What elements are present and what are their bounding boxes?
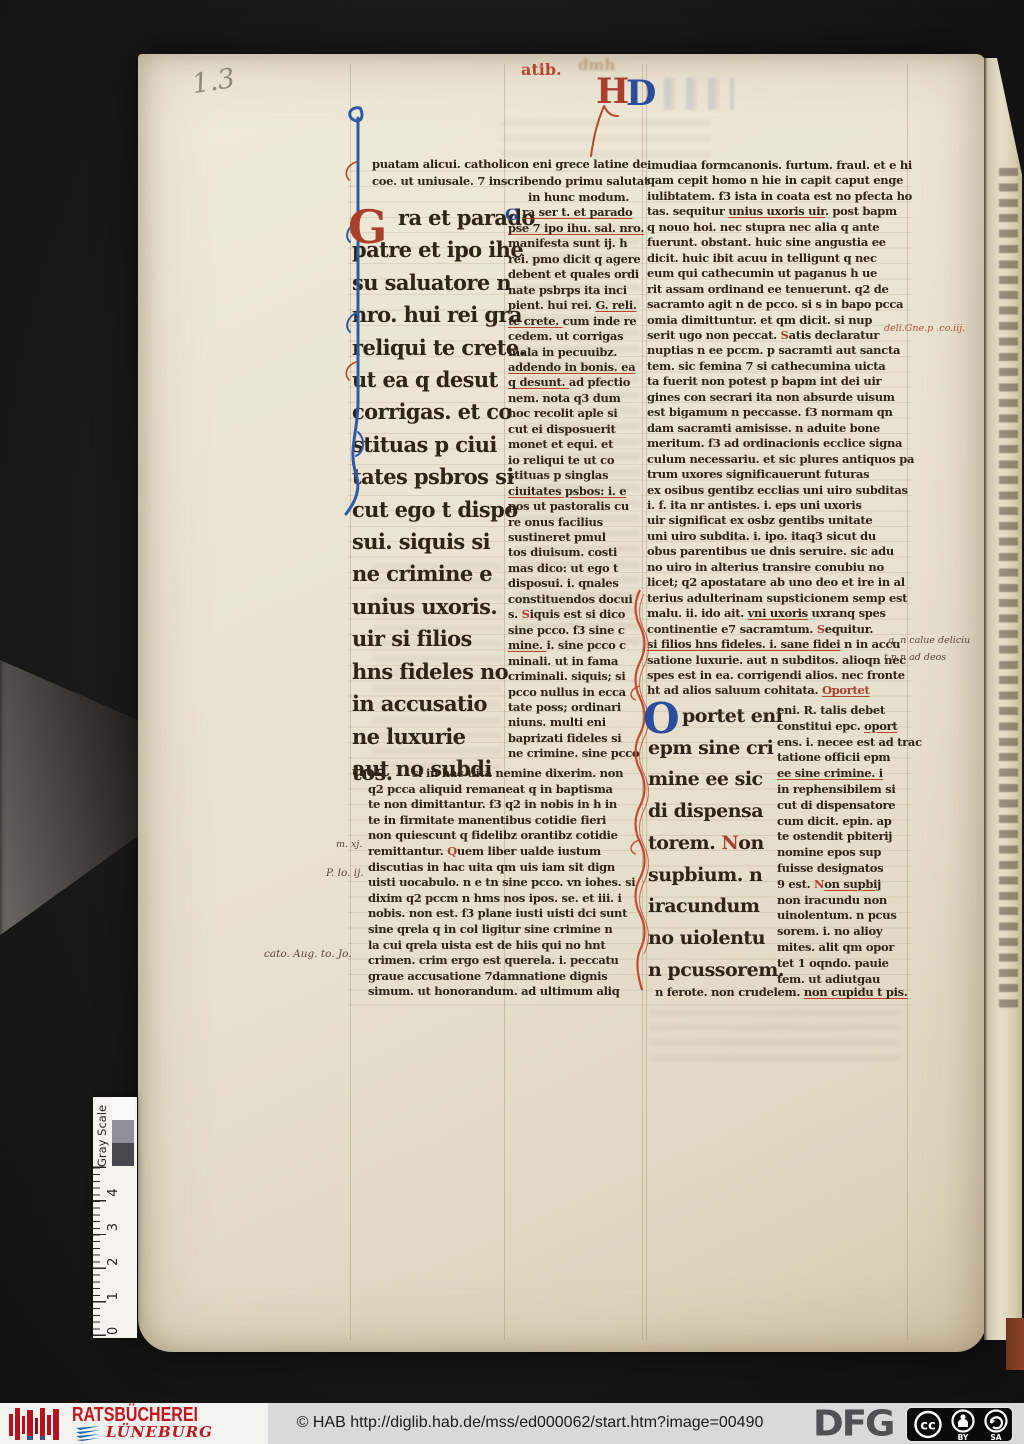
grayscale-ruler: 01234 Gray Scale	[93, 1097, 137, 1338]
margin-note-right-2a: q. n calue deliciu	[888, 635, 970, 646]
text-line: torem. Non	[648, 828, 784, 860]
text-line: no uiro in alterius transire conubiu no	[647, 560, 914, 575]
text-line: te crete. cum inde re	[508, 314, 644, 329]
commentary-right-column: imudiaa formcanonis. furtum. fraul. et e…	[647, 158, 914, 699]
text-line: te non dimittantur. f3 q2 in nobis in h …	[368, 797, 635, 813]
text-line: mas dico: ut ego t	[508, 561, 644, 576]
text-line: 2	[106, 1232, 121, 1267]
text-line: dam sacramti amisisse. n aduite bone	[647, 421, 914, 436]
text-line: cut ei disposuerit	[508, 422, 644, 437]
gray-patch-dark	[112, 1143, 134, 1166]
text-line: monet et equi. et	[508, 437, 644, 452]
running-title-letter-d: D	[626, 76, 656, 111]
gray-patch-light	[112, 1097, 134, 1120]
text-line: sine qrela q in col ligitur sine crimine…	[368, 922, 635, 938]
copyright-line: © HAB http://diglib.hab.de/mss/ed000062/…	[285, 1414, 775, 1432]
text-line: continentie e7 sacramtum. Sequitur.	[647, 622, 914, 637]
text-line: meritum. f3 ad ordinacionis ecclice sign…	[647, 436, 914, 451]
text-line: uni uiro subdita. i. ipo. itaq3 sicut du	[647, 529, 914, 544]
text-line: 1	[106, 1267, 121, 1302]
text-line: ta fuerit non potest p bapm int dei uir	[647, 374, 914, 389]
by-label: BY	[958, 1433, 969, 1442]
text-line: in rephensibilem si	[777, 782, 922, 798]
text-line: mine ee sic	[648, 764, 784, 796]
text-line: terius adulterinam supsticionem semp est	[647, 591, 914, 606]
text-line: n pcussorem.	[648, 955, 784, 987]
text-line: mala in pecuuibz.	[508, 345, 644, 360]
text-line: uisti uocabulo. n e tn sine pcco. vn ioh…	[368, 875, 635, 891]
text-line: tatione officii epm	[777, 750, 922, 766]
right-column-last-line: n ferote. non crudelem. non cupidu t pis…	[655, 985, 908, 1001]
text-line: non quiescunt q fidelibz orantibz cotidi…	[368, 828, 635, 844]
text-line: nobis. non est. f3 plane iusti uisti dci…	[368, 906, 635, 922]
photo-canvas: 1.3 atib. dmh H D G G O puatam alicui. c…	[0, 0, 1024, 1444]
text-line: q2 pcca aliquid remaneat q in baptisma	[368, 782, 635, 798]
text-line: 3	[106, 1198, 121, 1233]
text-line: ra ser t. et parado	[508, 205, 644, 220]
next-page-text-sliver	[999, 168, 1018, 1013]
text-line: spes est in ea. corrigendi alios. nec fr…	[647, 668, 914, 683]
text-line: pient. hui rei. G. reli.	[508, 298, 644, 313]
text-line: tet 1 oqndo. pauie	[777, 956, 922, 972]
intro-lines: puatam alicui. catholicon eni grece lati…	[372, 156, 649, 190]
margin-note-right-2b: t n n ad deos	[884, 652, 946, 663]
text-line: 4	[106, 1163, 121, 1198]
text-line: supbium. n	[648, 860, 784, 892]
text-line: non iracundu non	[777, 893, 922, 909]
text-line: licet; q2 apostatare ab uno deo et ire i…	[647, 575, 914, 590]
text-line: coe. ut uniusale. 7 inscribendo primu sa…	[372, 173, 649, 190]
text-line: manifesta sunt ij. h	[508, 236, 644, 251]
quire-signature-red: atib.	[521, 60, 562, 79]
text-line: rit assam ordinand ee tenuerunt. q2 de	[647, 282, 914, 297]
text-line: discutias in hac uita qm uis iam sit dig…	[368, 860, 635, 876]
text-line: sorem. i. no alioy	[777, 924, 922, 940]
bottom-left-text-block: si in hac uita nemine dixerim. nonq2 pcc…	[368, 766, 635, 1000]
text-line: n ferote. non crudelem. non cupidu t pis…	[655, 985, 908, 1001]
text-line: mites. alit qm opor	[777, 940, 922, 956]
text-line: iulibtatem. f3 ista in coata est no pfec…	[647, 189, 914, 204]
text-line: iracundum	[648, 891, 784, 923]
text-line: imudiaa formcanonis. furtum. fraul. et e…	[647, 158, 914, 173]
pen-flourish-initial-i	[336, 102, 378, 522]
margin-note-left-2: P. lo. ij.	[326, 867, 364, 879]
initial-o-blue: O	[643, 698, 680, 740]
text-line: ens. i. necee est ad trac	[777, 735, 922, 751]
book-cover-sliver	[1006, 1318, 1024, 1370]
margin-note-left-1: m. xj.	[336, 839, 362, 850]
gray-patch-mid	[112, 1120, 134, 1143]
text-line: re onus facilius	[508, 515, 644, 530]
text-line: remittantur. Quem liber ualde iustum	[368, 844, 635, 860]
text-line: dicit. huic ibit acuu in telligunt q nec	[647, 251, 914, 266]
text-line: te ostendit pbiterij	[777, 829, 922, 845]
text-line: qam cepit homo n hie in capit caput enge	[647, 173, 914, 188]
text-line: satione luxurie. aut n subditos. alioqn …	[647, 653, 914, 668]
pencil-foliation-mark: 1.3	[190, 63, 237, 100]
text-line: te in firmitate manentibus cotidie fieri	[368, 813, 635, 829]
ruler-numbers: 01234	[106, 1166, 121, 1336]
text-line: q desunt. ad pfectio	[508, 375, 644, 390]
margin-note-right-red: deli.Gne.p .co.iij.	[884, 323, 965, 334]
text-line: sacramto agit n de pcco. si s in bapo pc…	[647, 297, 914, 312]
text-line: est bigamum n peccasse. f3 normam qn	[647, 405, 914, 420]
text-line: sustineret pmul	[508, 530, 644, 545]
text-line: cut di dispensatore	[777, 798, 922, 814]
text-line: uir significat ex osbz gentibs unitate	[647, 513, 914, 528]
cc-by-sa-badge: cc BY SA	[906, 1407, 1013, 1442]
margin-note-left-3: cato. Aug. to. Jo.	[264, 948, 352, 960]
text-line: 9 est. Non supbij	[777, 877, 922, 893]
text-line: stituas p singlas	[508, 468, 644, 483]
text-line: dixim q2 pccm n hms nos ipos. se. et iii…	[368, 891, 635, 907]
text-line: eni. R. talis debet	[777, 703, 922, 719]
text-line: io reliqui te ut co	[508, 453, 644, 468]
text-line: in hunc modum.	[508, 190, 644, 205]
text-line: tas. sequitur unius uxoris uir. post bap…	[647, 204, 914, 219]
text-line: debent et quales ordi	[508, 267, 644, 282]
text-line: no uiolentu	[648, 923, 784, 955]
text-line: gines con secrari ita non absurde uisum	[647, 390, 914, 405]
text-line: graue accusatione 7damnatione dignis	[368, 969, 635, 985]
text-line: pse 7 ipo ihu. sal. nro.	[508, 221, 644, 236]
dfg-logo: DFG	[813, 1403, 893, 1444]
text-line: fuerunt. obstant. huic sine angustia ee	[647, 235, 914, 250]
running-title-ghost-letters	[664, 78, 734, 110]
text-line: omia dimittuntur. et qm dicit. si nup	[647, 313, 914, 328]
initial-g-red: G	[348, 204, 387, 250]
library-city: LÜNEBURG	[106, 1423, 213, 1441]
text-line: nate psbrps ita inci	[508, 283, 644, 298]
text-line: tem. sic femina 7 si cathecumina uicta	[647, 359, 914, 374]
text-line: uinolentum. n pcus	[777, 908, 922, 924]
text-line: ht ad alios saluum cohitata. Oportet	[647, 683, 914, 698]
text-line: la cui qrela uista est de hiis qui no hn…	[368, 938, 635, 954]
red-column-flourish	[624, 590, 654, 1010]
text-line: ee sine crimine. i	[777, 766, 922, 782]
lemma-column-2: portet eniepm sine crimine ee sicdi disp…	[648, 701, 784, 986]
gloss-right-subcolumn: eni. R. talis debetconstitui epc. oporte…	[777, 703, 922, 987]
grayscale-label: Gray Scale	[95, 1097, 109, 1167]
text-line: malu. ii. ido ait. vni uxoris uxranq spe…	[647, 606, 914, 621]
text-line: fuisse designatos	[777, 861, 922, 877]
text-line: ciuitates psbos: i. e	[508, 484, 644, 499]
running-title-flourish	[588, 104, 622, 160]
text-line: nem. nota q3 dum	[508, 391, 644, 406]
initial-g-blue-gloss: G	[505, 207, 519, 223]
text-line: si filios hns fideles. i. sane fidei n i…	[647, 637, 914, 652]
text-line: crimen. crim ergo est querela. i. peccat…	[368, 953, 635, 969]
text-line: nomine epos sup	[777, 845, 922, 861]
sa-label: SA	[990, 1433, 1001, 1442]
text-line: nuptias n ee pccm. p sacramti aut sancta	[647, 343, 914, 358]
ratsbuecherei-logo-icon	[8, 1406, 64, 1442]
text-line: si in hac uita nemine dixerim. non	[368, 766, 635, 782]
footer-bar: RATSBÜCHEREI LÜNEBURG © HAB http://digli…	[0, 1403, 1024, 1444]
text-line: q nouo hoi. nec stupra nec alia q ante	[647, 220, 914, 235]
text-line: simum. ut honorandum. ad ultimum aliq	[368, 984, 635, 1000]
text-line: eum qui cathecumin ut paganus h ue	[647, 266, 914, 281]
text-line: pos ut pastoralis cu	[508, 499, 644, 514]
text-line: rei. pmo dicit q agere	[508, 252, 644, 267]
text-line: 0	[106, 1301, 121, 1336]
text-line: ex osibus gentibz ecclias uni uiro subdi…	[647, 483, 914, 498]
text-line: culum necessariu. et sic plures antiquos…	[647, 452, 914, 467]
text-line: constitui epc. oport	[777, 719, 922, 735]
text-line: serit ugo non peccat. Satis declaratur	[647, 328, 914, 343]
lueneburg-fan-icon	[74, 1425, 102, 1441]
text-line: cum dicit. epin. ap	[777, 814, 922, 830]
cc-letters: cc	[920, 1419, 935, 1434]
grayscale-ruler-content: 01234 Gray Scale	[93, 1097, 137, 1338]
text-line: cedem. ut corrigas	[508, 329, 644, 344]
by-person-icon	[960, 1414, 965, 1419]
text-line: i. f. ita nr antistes. i. eps uni uxoris	[647, 498, 914, 513]
text-line: trum uxores significauerunt futuras	[647, 467, 914, 482]
text-line: addendo in bonis. ea	[508, 360, 644, 375]
text-line: obus parentibus ue dnis seruire. sic adu	[647, 544, 914, 559]
text-line: di dispensa	[648, 796, 784, 828]
text-line: tos diuisum. costi	[508, 545, 644, 560]
ruler-ticks	[93, 1166, 106, 1336]
text-line: hoc recolit aple si	[508, 406, 644, 421]
